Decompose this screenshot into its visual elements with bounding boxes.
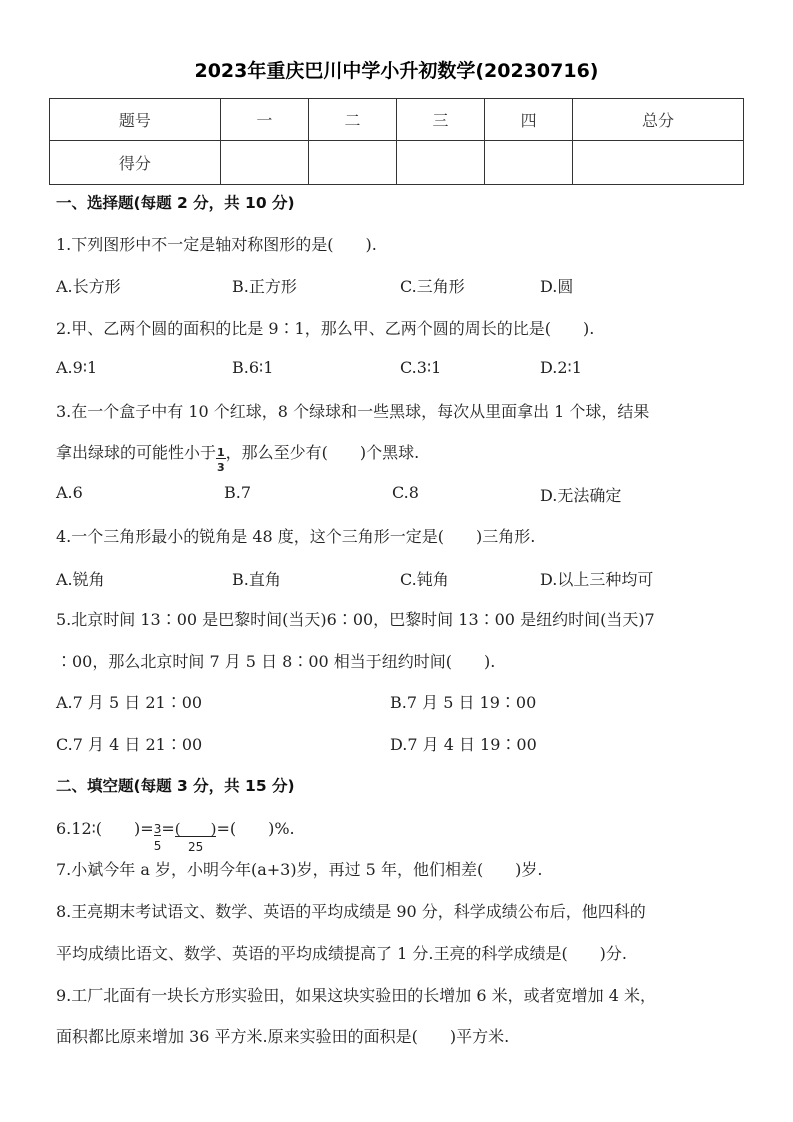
- question-5-text-line-2: ∶00，那么北京时间 7 月 5 日 8∶00 相当于纽约时间( ).: [56, 649, 495, 672]
- question-1-option-b: B.正方形: [232, 274, 297, 297]
- fraction-numerator: 3: [154, 823, 162, 836]
- page-title: 2023年重庆巴川中学小升初数学(20230716): [0, 56, 793, 83]
- question-5-option-b: B.7 月 5 日 19∶00: [390, 690, 536, 713]
- question-1-option-d: D.圆: [540, 274, 573, 297]
- question-4-option-a: A.锐角: [56, 567, 105, 590]
- header-cell-section-1: 一: [220, 99, 308, 141]
- question-9-text-line-2: 面积都比原来增加 36 平方米.原来实验田的面积是( )平方米.: [56, 1024, 509, 1047]
- question-4-option-c: C.钝角: [400, 567, 449, 590]
- score-table-header-row: 题号 一 二 三 四 总分: [50, 99, 744, 141]
- fraction-denominator: 25: [175, 837, 217, 853]
- question-3-option-a: A.6: [56, 483, 83, 502]
- fraction-numerator: 1: [216, 447, 226, 459]
- score-table-score-row: 得分: [50, 141, 744, 185]
- section-heading-fill-in-blank: 二、填空题(每题 3 分，共 15 分): [56, 774, 295, 796]
- section-heading-multiple-choice: 一、选择题(每题 2 分，共 10 分): [56, 191, 295, 213]
- question-3-option-c: C.8: [392, 483, 419, 502]
- question-2-option-a: A.9∶1: [56, 358, 97, 377]
- question-9-text-line-1: 9.工厂北面有一块长方形实验田，如果这块实验田的长增加 6 米，或者宽增加 4 …: [56, 983, 656, 1006]
- question-6-suffix: =( )%.: [216, 819, 294, 838]
- question-5-text-line-1: 5.北京时间 13∶00 是巴黎时间(当天)6∶00，巴黎时间 13∶00 是纽…: [56, 607, 655, 630]
- question-2-text: 2.甲、乙两个圆的面积的比是 9∶1，那么甲、乙两个圆的周长的比是( ).: [56, 316, 594, 339]
- question-4-option-b: B.直角: [232, 567, 281, 590]
- score-cell-section-4[interactable]: [485, 141, 573, 185]
- score-cell-section-2[interactable]: [308, 141, 396, 185]
- question-3-text-line-2: 拿出绿球的可能性小于13，那么至少有( )个黑球.: [56, 440, 419, 467]
- question-3-text-before-fraction: 拿出绿球的可能性小于: [56, 443, 216, 462]
- question-3-text-line-1: 3.在一个盒子中有 10 个红球，8 个绿球和一些黑球，每次从里面拿出 1 个球…: [56, 399, 649, 422]
- question-2-option-b: B.6∶1: [232, 358, 273, 377]
- question-4-text: 4.一个三角形最小的锐角是 48 度，这个三角形一定是( )三角形.: [56, 524, 535, 547]
- fraction-denominator: 5: [154, 836, 162, 852]
- question-8-text-line-2: 平均成绩比语文、数学、英语的平均成绩提高了 1 分.王亮的科学成绩是( )分.: [56, 941, 627, 964]
- question-1-option-c: C.三角形: [400, 274, 465, 297]
- question-3-text-after-fraction: ，那么至少有( )个黑球.: [226, 443, 420, 462]
- question-7-text: 7.小斌今年 a 岁，小明今年(a+3)岁，再过 5 年，他们相差( )岁.: [56, 857, 543, 880]
- question-2-option-c: C.3∶1: [400, 358, 441, 377]
- header-cell-total: 总分: [573, 99, 744, 141]
- header-cell-section-3: 三: [396, 99, 484, 141]
- score-cell-section-1[interactable]: [220, 141, 308, 185]
- header-cell-section-2: 二: [308, 99, 396, 141]
- score-table: 题号 一 二 三 四 总分 得分: [49, 98, 744, 185]
- score-row-label: 得分: [50, 141, 221, 185]
- fraction-denominator: 3: [216, 459, 226, 473]
- fraction-numerator-blank: ( ): [175, 822, 217, 837]
- question-8-text-line-1: 8.王亮期末考试语文、数学、英语的平均成绩是 90 分，科学成绩公布后，他四科的: [56, 899, 646, 922]
- question-1-text: 1.下列图形中不一定是轴对称图形的是( ).: [56, 232, 377, 255]
- score-cell-total[interactable]: [573, 141, 744, 185]
- question-5-option-a: A.7 月 5 日 21∶00: [56, 690, 202, 713]
- score-cell-section-3[interactable]: [396, 141, 484, 185]
- question-5-option-d: D.7 月 4 日 19∶00: [390, 732, 537, 755]
- question-2-option-d: D.2∶1: [540, 358, 582, 377]
- question-6-prefix: 6.12∶( )=: [56, 819, 154, 838]
- question-1-option-a: A.长方形: [56, 274, 121, 297]
- question-3-option-b: B.7: [224, 483, 251, 502]
- fraction-blank-over-25: ( )25: [175, 822, 217, 853]
- header-cell-label: 题号: [50, 99, 221, 141]
- header-cell-section-4: 四: [485, 99, 573, 141]
- question-5-option-c: C.7 月 4 日 21∶00: [56, 732, 202, 755]
- fraction-one-third: 13: [216, 447, 226, 473]
- question-6-equals: =: [161, 819, 174, 838]
- question-4-option-d: D.以上三种均可: [540, 567, 653, 590]
- fraction-three-fifths: 35: [154, 823, 162, 852]
- question-6-text: 6.12∶( )=35=( )25=( )%.: [56, 814, 295, 845]
- question-3-option-d: D.无法确定: [540, 483, 621, 506]
